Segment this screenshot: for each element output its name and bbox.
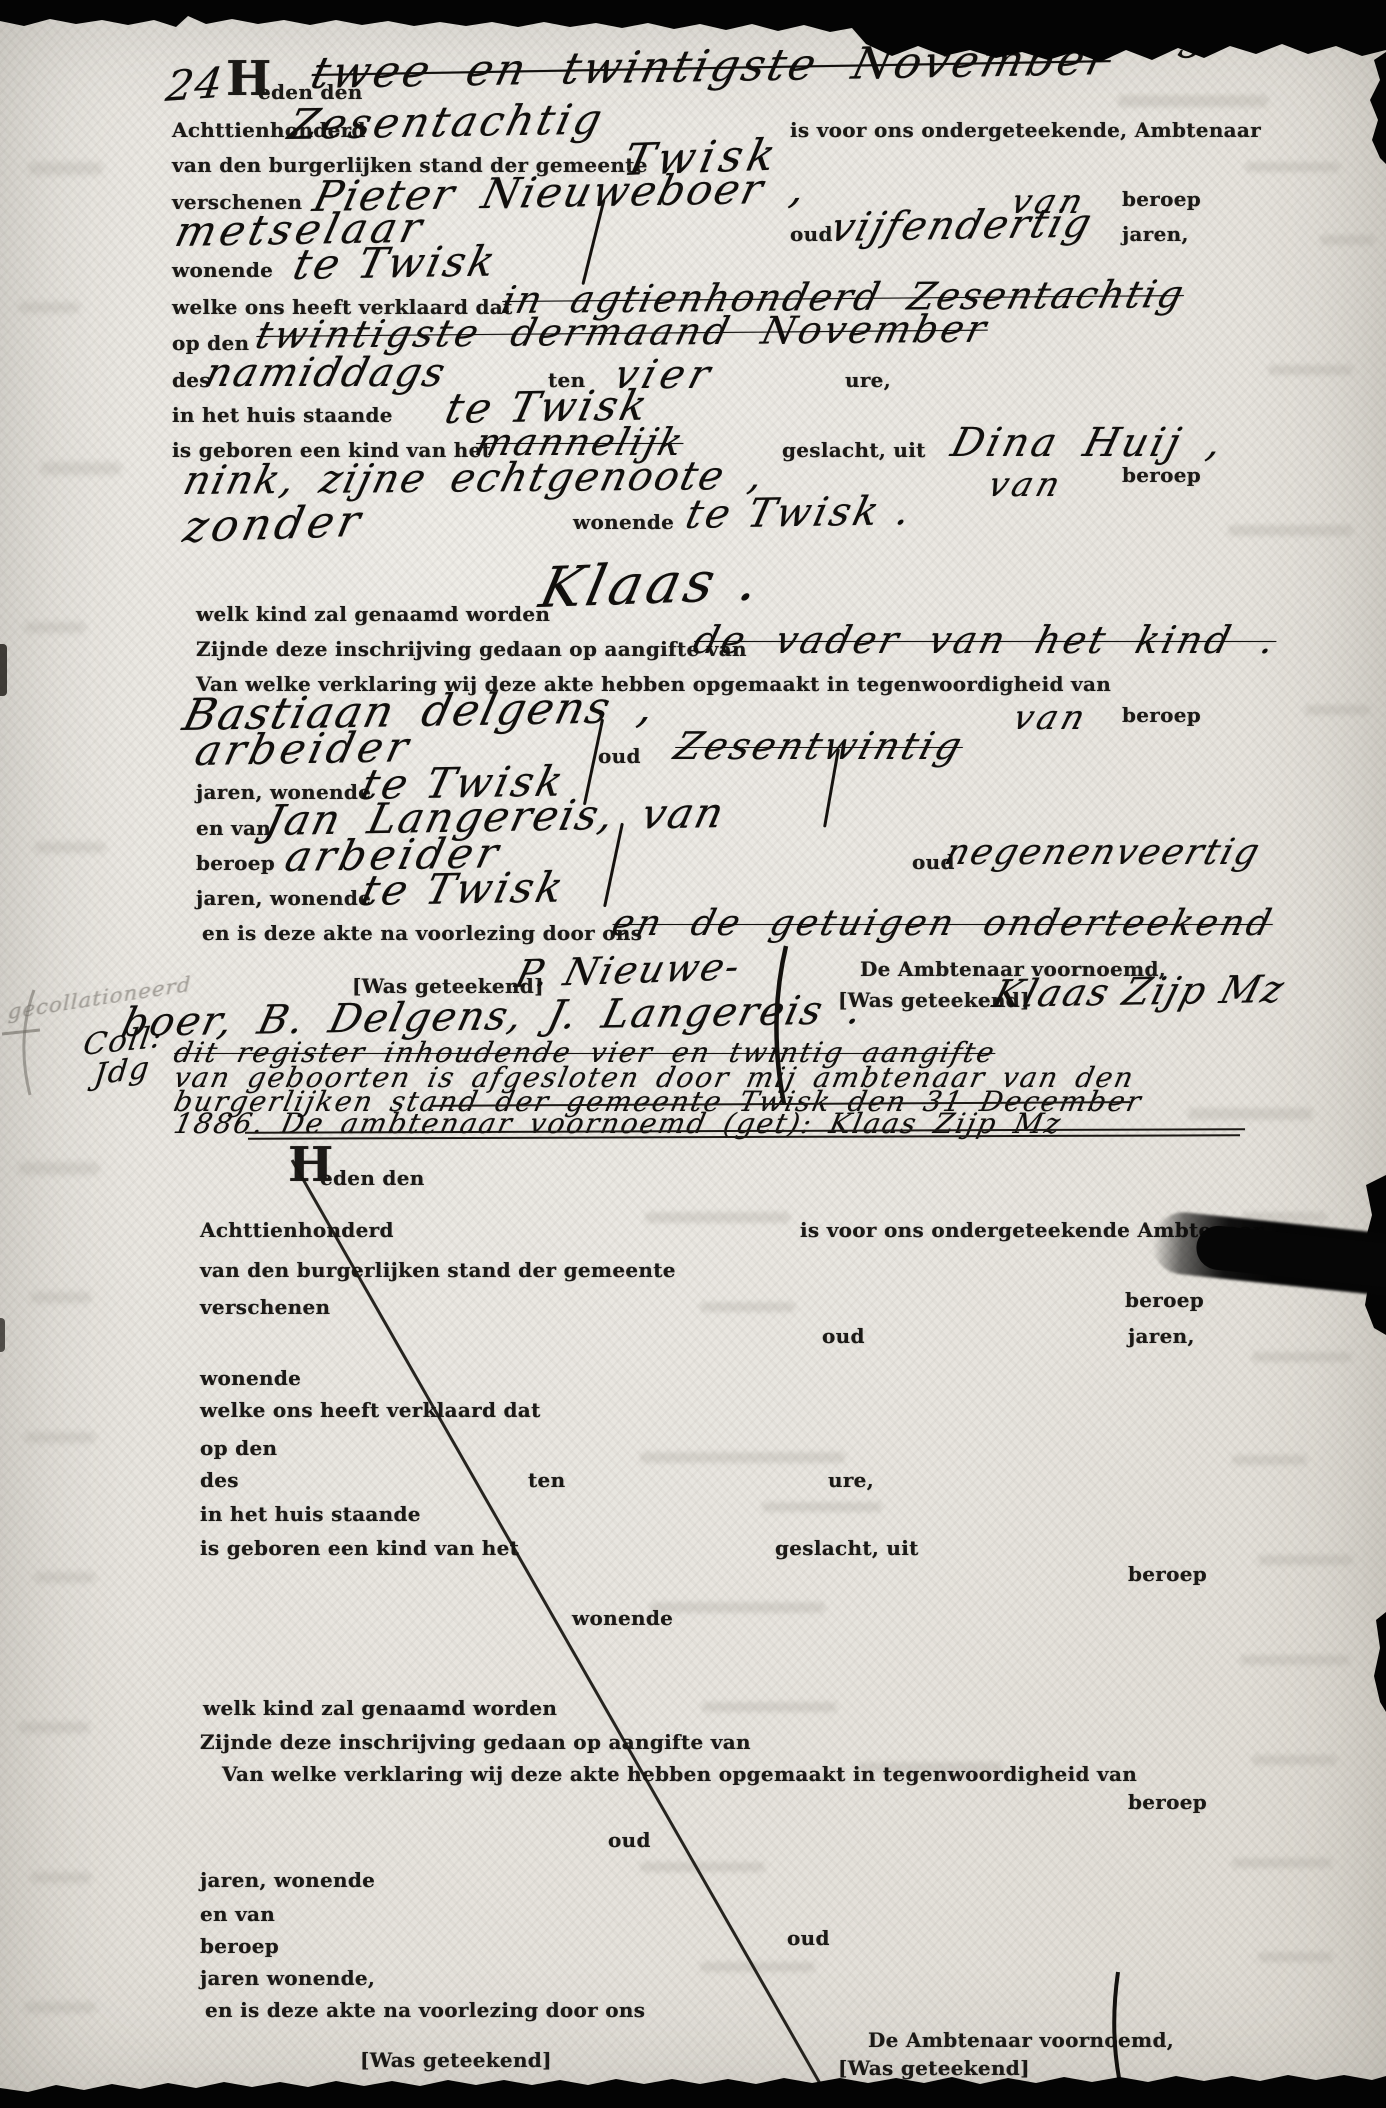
cancellation-diagonal-line [292,1160,826,2094]
torn-top-edge [0,0,1386,72]
scanned-register-page: 24 H eden den twee en twintigste Novembe… [0,0,1386,2108]
edge-mark [0,644,7,696]
margin-dash-stroke [2,1030,40,1034]
torn-bottom-edge [0,2072,1386,2108]
edge-mark [0,1318,5,1352]
ink-strokes-overlay [0,0,1386,2108]
signature-vertical-stroke [1114,1972,1119,2078]
signature-bracket-stroke [776,946,786,1104]
torn-right-edge [1360,0,1386,2108]
margin-pencil-stroke [24,990,34,1095]
